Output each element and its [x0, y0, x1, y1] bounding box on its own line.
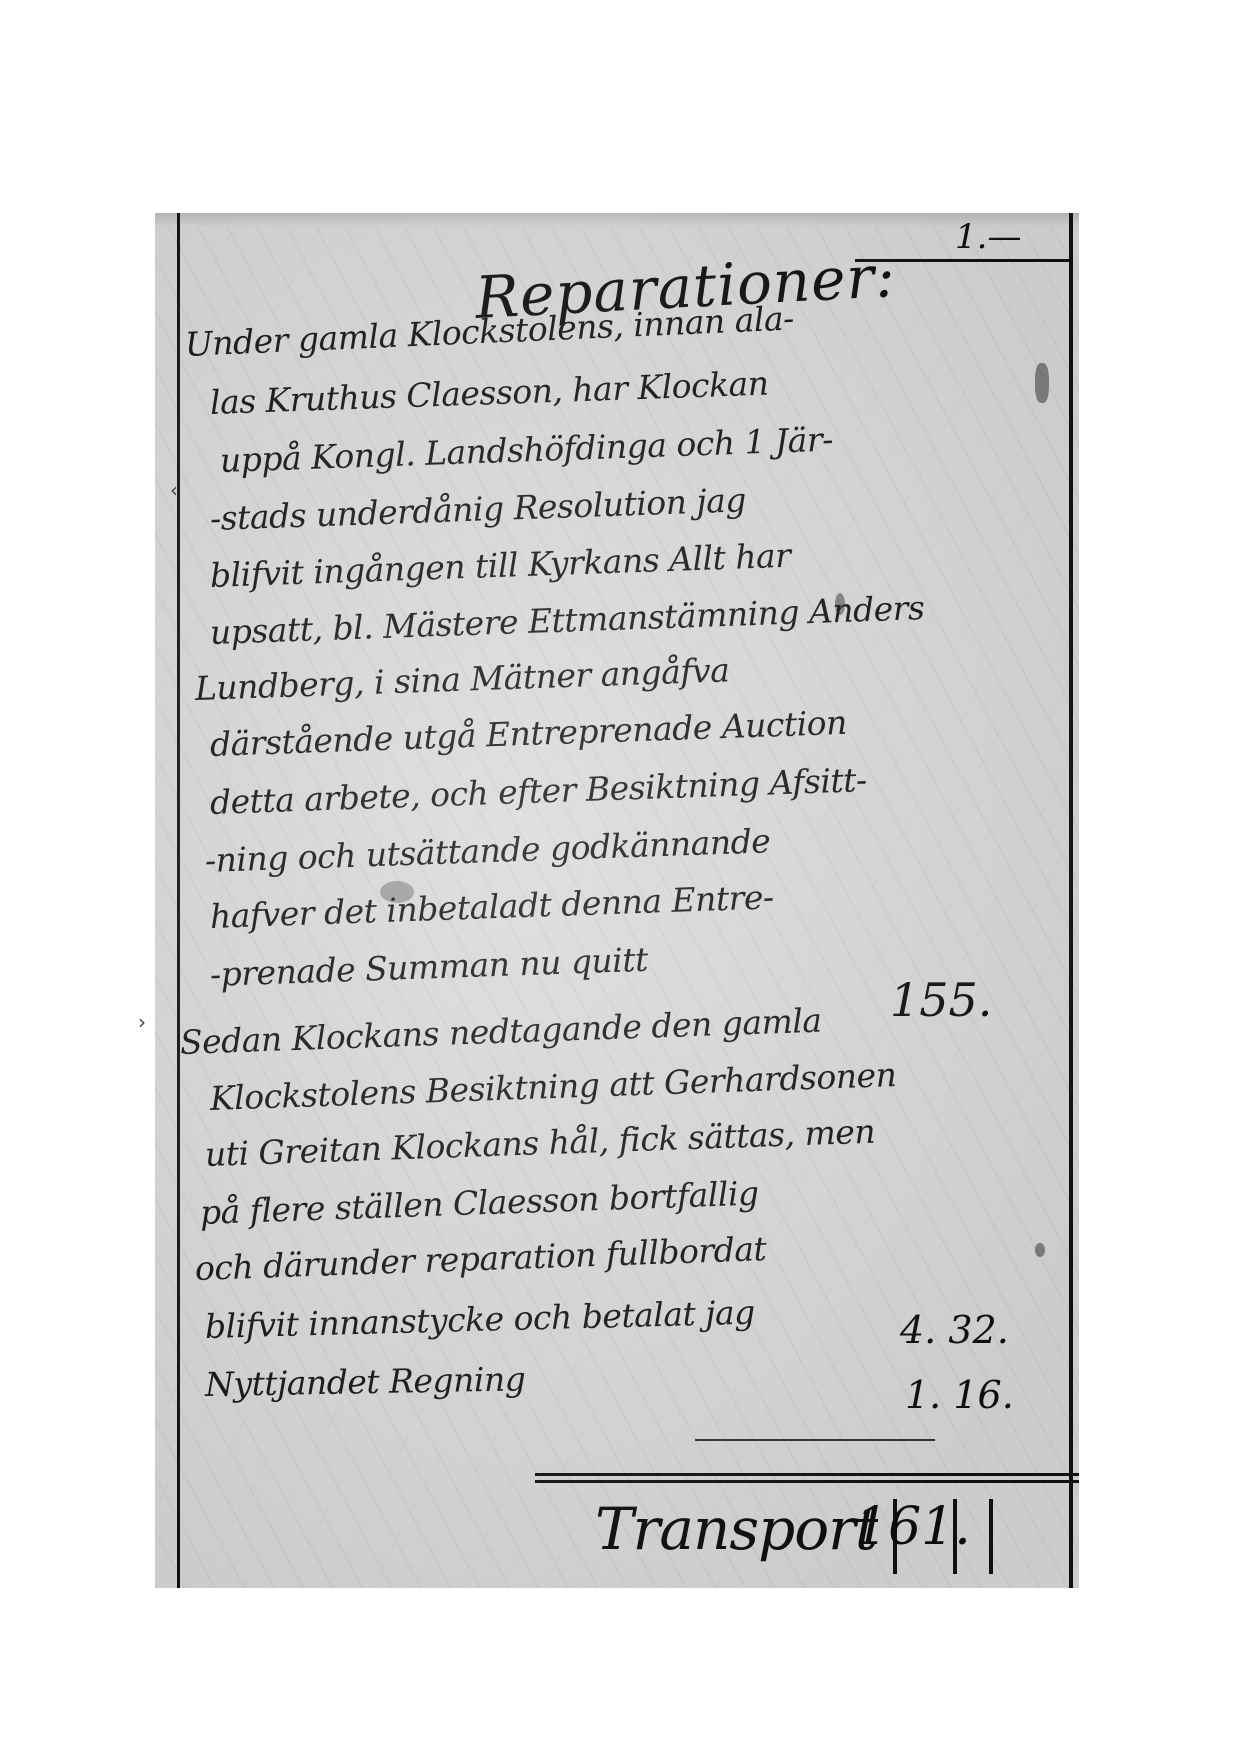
ink-blot	[380, 881, 414, 903]
text-line: hafver det inbetaladt denna Entre-	[209, 877, 774, 936]
text-line: blifvit ingången till Kyrkans Allt har	[209, 536, 791, 595]
text-line: -stads underdånig Resolution jag	[209, 480, 746, 538]
text-line: las Kruthus Claesson, har Klockan	[209, 364, 769, 422]
text-line: detta arbete, och efter Besiktning Afsit…	[209, 760, 867, 822]
page-number: 1.—	[955, 217, 1021, 257]
column-bar	[989, 1499, 993, 1574]
text-line: uppå Kongl. Landshöfdinga och 1 Jär-	[219, 420, 833, 480]
amount-entreprenade: 155.	[890, 973, 992, 1027]
left-margin-rule	[177, 213, 180, 1588]
text-line: på flere ställen Claesson bortfallig	[199, 1174, 759, 1232]
ink-bleed-mark	[1035, 1243, 1045, 1257]
amount-reparation: 4. 32.	[900, 1308, 1009, 1352]
text-line: Nyttjandet Regning	[205, 1359, 526, 1404]
text-line: Sedan Klockans nedtagande den gamla	[179, 1001, 822, 1062]
ink-bleed-mark	[1035, 363, 1049, 403]
text-line: därstående utgå Entreprenade Auction	[209, 703, 847, 764]
sum-separator-line	[695, 1439, 935, 1441]
transport-label: Transport	[595, 1495, 877, 1563]
text-line: Klockstolens Besiktning att Gerhardsonen	[209, 1055, 897, 1118]
amount-regning: 1. 16.	[905, 1373, 1014, 1417]
chevron-right-icon[interactable]: ›	[138, 1010, 146, 1034]
text-line: Lundberg, i sina Mätner angåfva	[194, 650, 730, 708]
chevron-left-icon[interactable]: ‹	[170, 478, 178, 502]
total-double-rule	[535, 1473, 1079, 1483]
text-line: blifvit innanstycke och betalat jag	[204, 1293, 755, 1346]
right-margin-rule	[1069, 213, 1073, 1588]
text-line: och därunder reparation fullbordat	[194, 1229, 766, 1288]
text-line: uti Greitan Klockans hål, fick sättas, m…	[204, 1112, 875, 1174]
text-line: upsatt, bl. Mästere Ettmanstämning Ander…	[209, 588, 925, 652]
cropped-previous-line	[155, 213, 1079, 227]
manuscript-scan: 1.— Reparationer: Under gamla Klockstole…	[155, 213, 1079, 1588]
text-line: -ning och utsättande godkännande	[204, 821, 771, 880]
ink-bleed-mark	[835, 593, 845, 615]
text-line: -prenade Summan nu quitt	[209, 940, 648, 994]
transport-total: 161.	[855, 1497, 971, 1557]
